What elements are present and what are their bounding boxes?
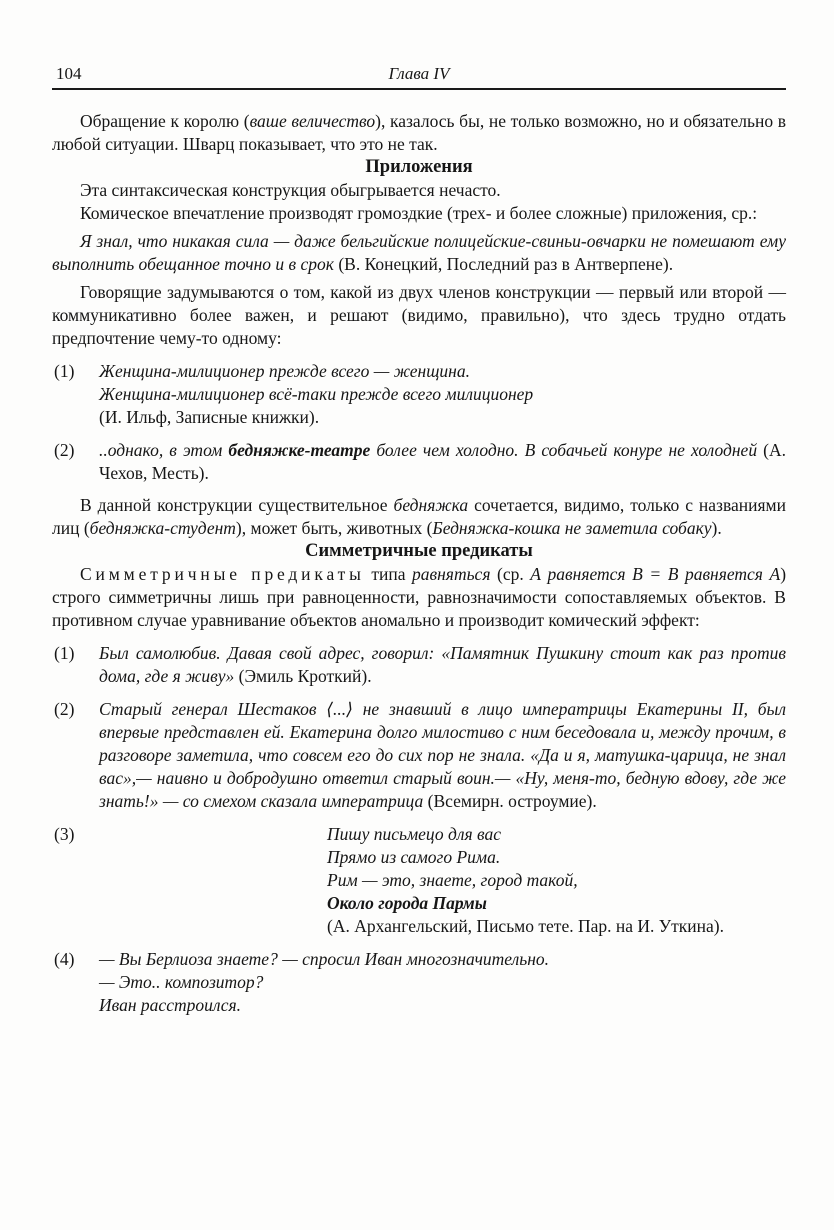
example-line: — Это.. композитор?	[99, 971, 786, 994]
text-run-italic: бедняжка-студент	[90, 518, 236, 538]
source-attribution: (И. Ильф, Записные книжки).	[99, 406, 786, 429]
text-run-italic: А равняется В = В равняется А	[530, 564, 780, 584]
example-text: Старый генерал Шестаков ⟨...⟩ не знавший…	[99, 698, 786, 813]
verse-block: Пишу письмецо для вас Прямо из самого Ри…	[99, 823, 786, 938]
text-run: ).	[712, 518, 722, 538]
paragraph: Эта синтаксическая конструкция обыгрывае…	[52, 179, 786, 202]
item-number: (2)	[54, 698, 74, 721]
paragraph-intro: Обращение к королю (ваше величество), ка…	[52, 110, 786, 156]
text-run: В данной конструкции существительное	[80, 495, 394, 515]
text-run: ), может быть, животных (	[236, 518, 433, 538]
example-line: Женщина-милиционер всё-таки прежде всего…	[99, 383, 786, 406]
paragraph: Симметричные предикаты типа равняться (с…	[52, 563, 786, 632]
item-number: (4)	[54, 948, 74, 971]
running-head: 104 Глава IV	[52, 60, 786, 84]
item-number: (3)	[54, 823, 74, 846]
chapter-title: Глава IV	[52, 64, 786, 84]
text-run: (ср.	[490, 564, 530, 584]
text-run-italic: равняться	[412, 564, 490, 584]
example-line: — Вы Берлиоза знаете? — спросил Иван мно…	[99, 948, 786, 971]
source-attribution: (Эмиль Кроткий).	[239, 666, 372, 686]
text-column: Обращение к королю (ваше величество), ка…	[52, 110, 786, 1017]
example-line: Иван расстроился.	[99, 994, 786, 1017]
source-attribution: (В. Конецкий, Последний раз в Антверпене…	[338, 254, 673, 274]
paragraph: Комическое впечатление производят громоз…	[52, 202, 786, 225]
header-rule	[52, 88, 786, 90]
book-page: 104 Глава IV Обращение к королю (ваше ве…	[0, 0, 834, 1230]
example-item: (2) Старый генерал Шестаков ⟨...⟩ не зна…	[52, 698, 786, 813]
example-item: (4) — Вы Берлиоза знаете? — спросил Иван…	[52, 948, 786, 1017]
text-run-italic: бедняжка	[394, 495, 469, 515]
example-item: (1) Женщина-милиционер прежде всего — же…	[52, 360, 786, 429]
paragraph: Говорящие задумываются о том, какой из д…	[52, 281, 786, 350]
example-item: (2) ..однако, в этом бедняжке-театре бол…	[52, 439, 786, 485]
text-run-italic: Был самолюбив. Давая свой адрес, говорил…	[99, 643, 786, 686]
text-run-spaced: Симметричные предикаты	[80, 564, 365, 584]
text-run-italic: Бедняжка-кошка не заметила собаку	[432, 518, 711, 538]
example-line: Женщина-милиционер прежде всего — женщин…	[99, 360, 786, 383]
section-heading-apps: Приложения	[52, 156, 786, 179]
example-text: ..однако, в этом бедняжке-театре более ч…	[99, 439, 786, 485]
example-lines: — Вы Берлиоза знаете? — спросил Иван мно…	[99, 948, 786, 1017]
example-item-verse: (3) Пишу письмецо для вас Прямо из самог…	[52, 823, 786, 938]
section-heading-sym: Симметричные предикаты	[52, 540, 786, 563]
verse-line-bold: Около города Пармы	[327, 892, 786, 915]
text-run-italic: ..однако, в этом	[99, 440, 228, 460]
example-quote: Я знал, что никакая сила — даже бельгийс…	[52, 230, 786, 276]
verse-line: Прямо из самого Рима.	[327, 846, 786, 869]
example-item: (1) Был самолюбив. Давая свой адрес, гов…	[52, 642, 786, 688]
item-number: (1)	[54, 642, 74, 665]
item-number: (1)	[54, 360, 74, 383]
text-run-italic: более чем холодно. В собачьей конуре не …	[370, 440, 763, 460]
text-run: типа	[365, 564, 412, 584]
text-run: Обращение к королю (	[80, 111, 250, 131]
source-attribution: (Всемирн. остроумие).	[428, 791, 597, 811]
paragraph: В данной конструкции существительное бед…	[52, 494, 786, 540]
text-run-bold-italic: бедняжке-театре	[228, 440, 370, 460]
item-number: (2)	[54, 439, 74, 462]
example-lines: Женщина-милиционер прежде всего — женщин…	[99, 360, 786, 429]
verse-line: Пишу письмецо для вас	[327, 823, 786, 846]
example-text: Был самолюбив. Давая свой адрес, говорил…	[99, 642, 786, 688]
verse-line: Рим — это, знаете, город такой,	[327, 869, 786, 892]
text-run-italic: ваше величество	[250, 111, 376, 131]
source-attribution: (А. Архангельский, Письмо тете. Пар. на …	[327, 915, 786, 938]
